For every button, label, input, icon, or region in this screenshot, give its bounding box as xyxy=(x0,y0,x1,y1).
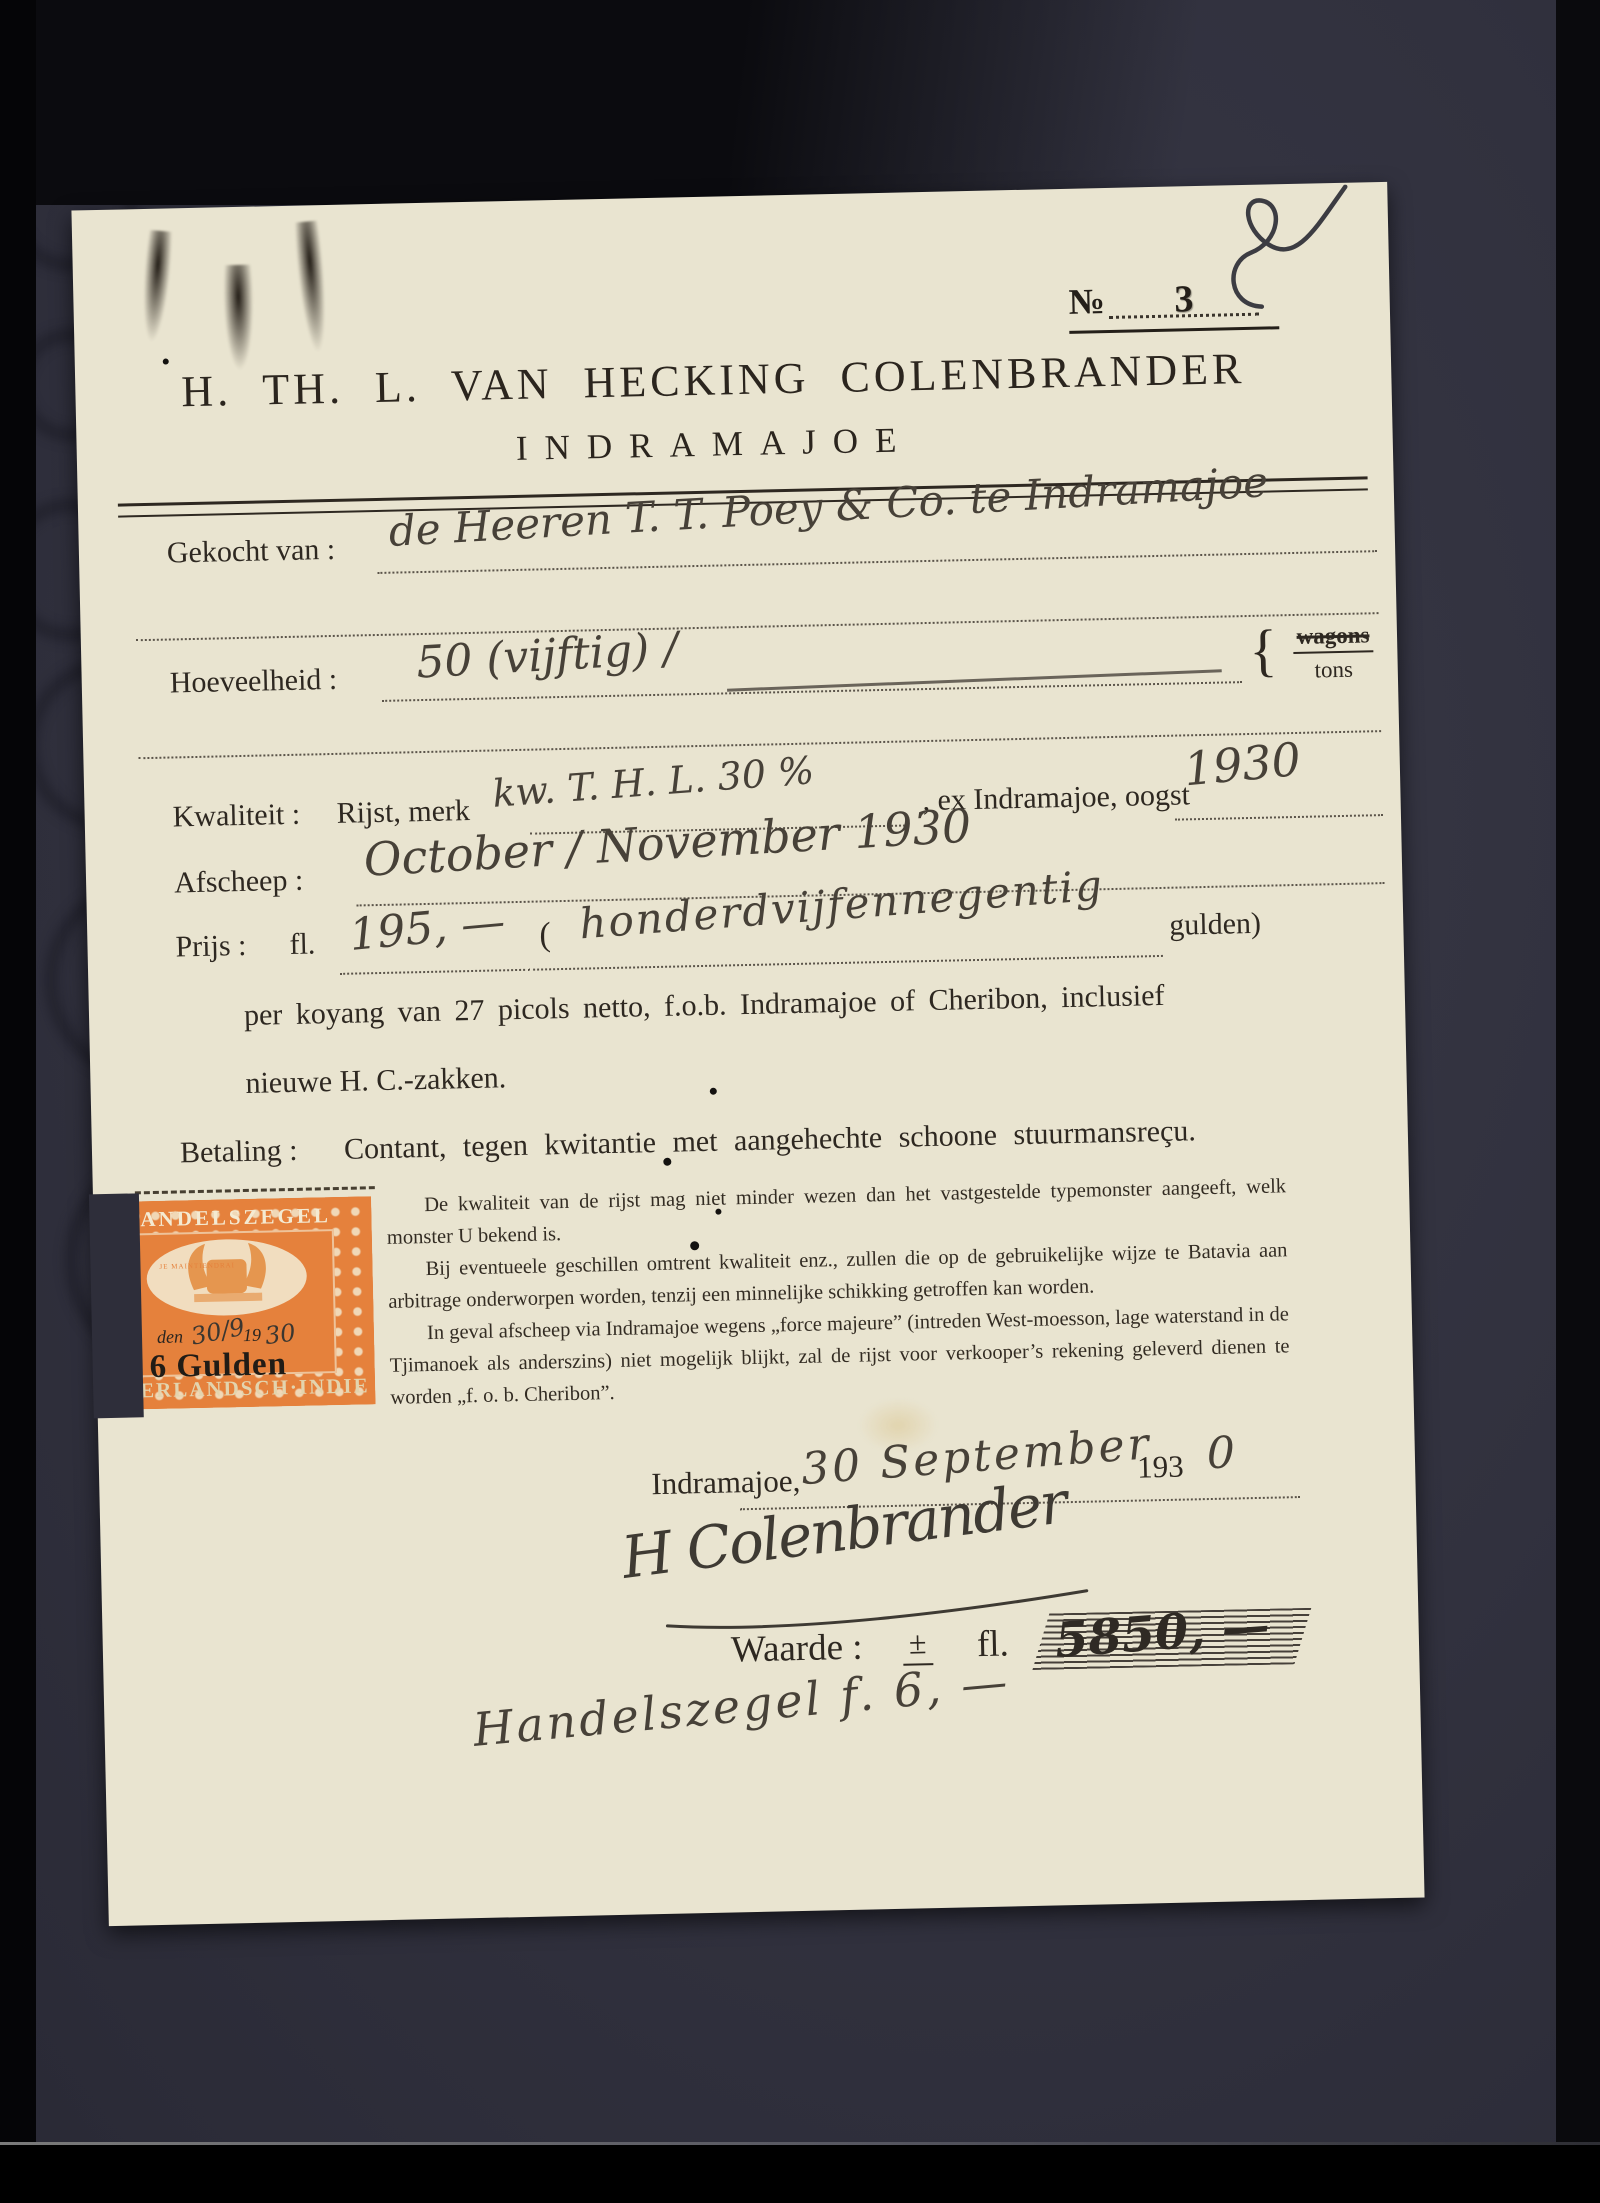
field-value-gekocht: de Heeren T. T. Poey & Co. te Indramajoe xyxy=(387,457,1269,556)
dateline-hand-year: 0 xyxy=(1206,1427,1235,1479)
waarde-label: Waarde : xyxy=(731,1626,863,1672)
fill-line xyxy=(136,610,1379,641)
ink-dot xyxy=(663,1158,671,1166)
prijs-paren-close: gulden) xyxy=(1169,907,1261,943)
mat-overlap-patch xyxy=(89,1193,144,1418)
album-edge-bottom xyxy=(0,2145,1600,2203)
coat-of-arms xyxy=(138,1231,322,1323)
ink-smudge xyxy=(293,220,331,354)
prijs-words: honderdvijfennegentig xyxy=(578,861,1106,949)
betaling-value: Contant, tegen kwitantie met aangehechte… xyxy=(344,1114,1197,1167)
unit-brace: { xyxy=(1249,616,1278,684)
revenue-stamp: HANDELSZEGEL JE MAINTIENDRAI den 30/9 19… xyxy=(138,1196,375,1409)
company-name: H. TH. L. VAN HECKING COLENBRANDER xyxy=(75,341,1352,420)
plus-minus-mark: ± xyxy=(902,1624,932,1666)
dateline-place: Indramajoe, xyxy=(651,1463,801,1502)
conditions-block: De kwaliteit van de rijst mag niet minde… xyxy=(386,1170,1291,1414)
stamp-den-label: den xyxy=(157,1326,183,1348)
field-label-betaling: Betaling : xyxy=(180,1134,298,1171)
fill-line xyxy=(528,953,1163,971)
fill-line xyxy=(377,548,1377,574)
stamp-motto: JE MAINTIENDRAI xyxy=(159,1261,235,1271)
prijs-cont1: per koyang van 27 picols netto, f.o.b. I… xyxy=(244,979,1165,1033)
stamp-perforation xyxy=(135,1186,375,1194)
album-shadow-top xyxy=(0,0,1600,205)
signature-flourish xyxy=(662,1587,1093,1636)
dateline-year-printed: 193 xyxy=(1137,1449,1184,1486)
field-label-gekocht: Gekocht van : xyxy=(167,533,336,571)
field-label-hoeveelheid: Hoeveelheid : xyxy=(169,663,337,701)
stamp-year-printed: 19 xyxy=(243,1325,261,1346)
kwaliteit-year: 1930 xyxy=(1182,732,1304,796)
unit-tons: tons xyxy=(1285,656,1382,684)
condition-paragraph: In geval afscheep via Indramajoe wegens … xyxy=(389,1298,1291,1414)
prijs-paren-open: ( xyxy=(539,916,551,954)
prijs-cont2: nieuwe H. C.-zakken. xyxy=(245,1061,506,1101)
ink-smudge xyxy=(223,265,255,372)
receipt-document: № 3 H. TH. L. VAN HECKING COLENBRANDER I… xyxy=(71,182,1424,1926)
ink-smudge xyxy=(139,230,174,344)
stamp-body: HANDELSZEGEL JE MAINTIENDRAI den 30/9 19… xyxy=(138,1196,375,1409)
field-label-afscheep: Afscheep : xyxy=(174,864,304,901)
pen-mark xyxy=(1199,185,1352,343)
fill-line xyxy=(340,967,525,975)
prijs-fl: fl. xyxy=(289,927,316,962)
ink-dot xyxy=(163,358,169,364)
field-label-kwaliteit: Kwaliteit : xyxy=(172,798,300,835)
unit-wagons-struck: wagons xyxy=(1292,622,1373,654)
numero-sign: № xyxy=(1068,281,1105,322)
ink-dot xyxy=(715,1209,721,1215)
field-label-prijs: Prijs : xyxy=(175,929,247,965)
fill-line xyxy=(1175,812,1383,821)
album-edge-left xyxy=(0,0,36,2203)
kwaliteit-prefix: Rijst, merk xyxy=(336,794,470,831)
album-edge-right xyxy=(1556,0,1600,2203)
unit-stack: wagons tons xyxy=(1285,622,1382,684)
kwaliteit-hand: kw. T. H. L. 30 % xyxy=(491,748,816,816)
ink-dot xyxy=(710,1088,717,1095)
